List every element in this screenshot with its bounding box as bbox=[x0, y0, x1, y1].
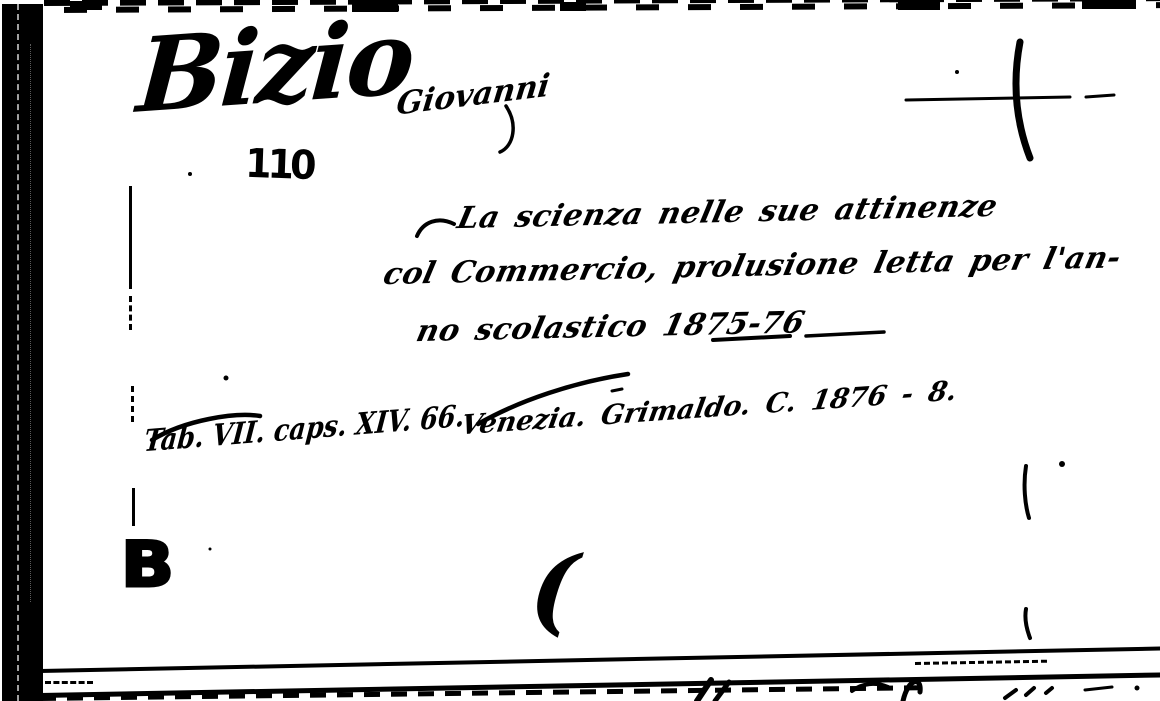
scan-noise-blob bbox=[1082, 0, 1136, 9]
right-margin-tick bbox=[1025, 609, 1030, 638]
crop-cross-vertical bbox=[1016, 42, 1030, 158]
next-card-stroke bbox=[1085, 687, 1112, 690]
bottom-dashed-rule bbox=[915, 660, 1047, 665]
next-card-stroke bbox=[1005, 690, 1016, 698]
imprint-line: Venezia. Grimaldo. C. 1876 - 8. bbox=[458, 375, 959, 441]
author-surname: Bizio bbox=[134, 0, 416, 137]
forename-flourish bbox=[500, 106, 513, 152]
ink-dot bbox=[1059, 461, 1065, 467]
ink-dash bbox=[612, 389, 622, 391]
crop-cross-horizontal bbox=[906, 97, 1070, 100]
bottom-dashed-rule bbox=[45, 681, 93, 684]
parenthesis-mark: ( bbox=[525, 530, 582, 647]
next-card-stroke bbox=[1046, 688, 1052, 693]
crop-cross-horizontal-dash bbox=[1086, 95, 1114, 97]
title-line: no scolastico 1875-76 bbox=[413, 305, 808, 349]
right-margin-tick bbox=[1025, 466, 1029, 518]
ink-dot bbox=[224, 376, 229, 381]
left-margin-rule bbox=[132, 488, 135, 526]
title-line: La scienza nelle sue attinenze bbox=[454, 189, 1001, 236]
ink-dot bbox=[209, 548, 212, 551]
author-forename: Giovanni bbox=[394, 67, 551, 123]
entry-number: 110 bbox=[244, 140, 313, 189]
edge-strip-speckles bbox=[30, 44, 31, 602]
left-margin-rule bbox=[129, 296, 132, 330]
scan-noise-blob bbox=[898, 0, 940, 10]
edge-strip-speckles bbox=[17, 4, 19, 701]
scan-noise-blob bbox=[560, 2, 586, 11]
title-line: col Commercio, prolusione letta per l'an… bbox=[380, 240, 1125, 292]
shelfmark: Tab. VII. caps. XIV. 66. bbox=[143, 399, 467, 460]
ink-dot bbox=[955, 70, 959, 74]
next-card-stroke bbox=[1026, 688, 1034, 695]
scan-noise-blob bbox=[70, 1, 102, 10]
section-letter: B bbox=[121, 528, 174, 601]
left-margin-rule bbox=[129, 186, 132, 289]
left-margin-rule bbox=[131, 386, 134, 422]
ink-dot bbox=[188, 172, 192, 176]
scanned-catalog-card: Bizio Giovanni 110 La scienza nelle sue … bbox=[0, 0, 1160, 701]
scanner-edge-strip bbox=[2, 4, 43, 701]
ink-dot bbox=[1135, 686, 1140, 691]
title-lead-flourish bbox=[417, 220, 454, 236]
filler-dash bbox=[806, 332, 884, 336]
